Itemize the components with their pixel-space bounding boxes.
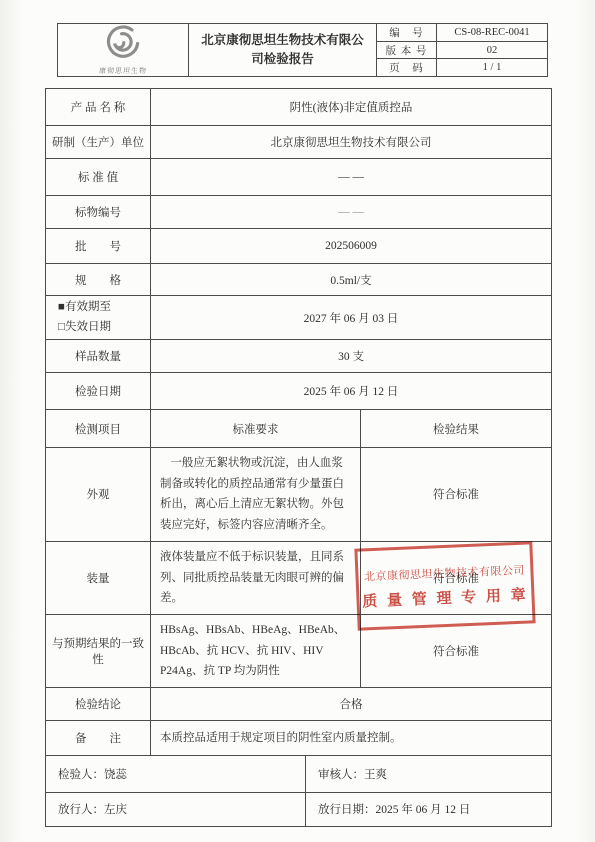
manufacturer-value: 北京康彻思坦生物技术有限公司 [151, 126, 552, 159]
expiry-date-value: 2027 年 06 月 03 日 [151, 296, 552, 340]
signature-row-2: 放行人：左庆 放行日期：2025 年 06 月 12 日 [46, 792, 552, 826]
test-item-header: 检测项目 [46, 410, 151, 448]
table-row: 标 准 值 — — [46, 159, 552, 196]
meta-label: 页 码 [377, 59, 437, 76]
meta-row-page-number: 页 码 1 / 1 [377, 59, 547, 76]
row-label: 标 准 值 [46, 159, 151, 196]
table-row: 标物编号 — — [46, 196, 552, 229]
expiry-checkbox-label: ■有效期至 [58, 301, 111, 313]
releaser-signature: 放行人：左庆 [46, 792, 306, 826]
table-row: 规 格 0.5ml/支 [46, 264, 552, 296]
table-row: 研制（生产）单位 北京康彻思坦生物技术有限公司 [46, 126, 552, 159]
meta-label: 编 号 [377, 24, 437, 41]
table-row-validity: ■有效期至 □失效日期 2027 年 06 月 03 日 [46, 296, 552, 340]
requirement-header: 标准要求 [151, 410, 361, 448]
test-item: 外观 [46, 448, 151, 542]
invalid-date-checkbox-label: □失效日期 [58, 321, 111, 333]
conclusion-value: 合格 [151, 687, 552, 720]
conclusion-label: 检验结论 [46, 687, 151, 720]
test-item: 装量 [46, 541, 151, 614]
test-result: 符合标准 [361, 541, 552, 614]
company-logo-icon [105, 24, 141, 65]
test-item: 与预期结果的一致性 [46, 614, 151, 687]
remark-row: 备 注 本质控品适用于规定项目的阴性室内质量控制。 [46, 720, 552, 755]
test-requirement: 液体装量应不低于标识装量，且同系列、同批质控品装量无肉眼可辨的偏差。 [151, 541, 361, 614]
meta-label: 版 本 号 [377, 42, 437, 59]
meta-row-version: 版 本 号 02 [377, 42, 547, 60]
table-row: 批 号 202506009 [46, 229, 552, 264]
inspection-report-page: 康彻思坦生物 北京康彻思坦生物技术有限公司检验报告 编 号 CS-08-REC-… [0, 0, 595, 842]
test-result: 符合标准 [361, 448, 552, 542]
inspection-date-value: 2025 年 06 月 12 日 [151, 373, 552, 410]
test-requirement: HBsAg、HBsAb、HBeAg、HBeAb、 HBcAb、抗 HCV、抗 H… [151, 614, 361, 687]
report-table: 产 品 名 称 阴性(液体)非定值质控品 研制（生产）单位 北京康彻思坦生物技术… [45, 88, 552, 827]
batch-number-value: 202506009 [151, 229, 552, 264]
report-header: 康彻思坦生物 北京康彻思坦生物技术有限公司检验报告 编 号 CS-08-REC-… [57, 23, 548, 77]
row-label: 样品数量 [46, 340, 151, 373]
logo-caption: 康彻思坦生物 [98, 66, 147, 76]
logo-cell: 康彻思坦生物 [58, 24, 189, 76]
inspector-signature: 检验人：饶蕊 [46, 755, 306, 792]
sample-quantity-value: 30 支 [151, 340, 552, 373]
material-number-value: — — [151, 196, 552, 229]
release-date: 放行日期：2025 年 06 月 12 日 [306, 792, 552, 826]
table-row: 产 品 名 称 阴性(液体)非定值质控品 [46, 89, 552, 126]
row-label: 产 品 名 称 [46, 89, 151, 126]
row-label: 批 号 [46, 229, 151, 264]
test-requirement: 一般应无絮状物或沉淀，由人血浆制备或转化的质控品通常有少量蛋白析出，离心后上清应… [151, 448, 361, 542]
conclusion-row: 检验结论 合格 [46, 687, 552, 720]
report-body: 产 品 名 称 阴性(液体)非定值质控品 研制（生产）单位 北京康彻思坦生物技术… [45, 88, 552, 827]
validity-label: ■有效期至 □失效日期 [46, 296, 151, 340]
page-number-value: 1 / 1 [437, 59, 547, 76]
version-value: 02 [437, 42, 547, 59]
table-row: 检验日期 2025 年 06 月 12 日 [46, 373, 552, 410]
doc-number-value: CS-08-REC-0041 [437, 24, 547, 41]
row-label: 规 格 [46, 264, 151, 296]
test-row-fill-volume: 装量 液体装量应不低于标识装量，且同系列、同批质控品装量无肉眼可辨的偏差。 符合… [46, 541, 552, 614]
remark-value: 本质控品适用于规定项目的阴性室内质量控制。 [151, 720, 552, 755]
test-section-header-row: 检测项目 标准要求 检验结果 [46, 410, 552, 448]
report-title: 北京康彻思坦生物技术有限公司检验报告 [189, 24, 377, 76]
meta-row-doc-number: 编 号 CS-08-REC-0041 [377, 24, 547, 42]
result-header: 检验结果 [361, 410, 552, 448]
doc-meta-table: 编 号 CS-08-REC-0041 版 本 号 02 页 码 1 / 1 [377, 24, 547, 76]
table-row: 样品数量 30 支 [46, 340, 552, 373]
product-name-value: 阴性(液体)非定值质控品 [151, 89, 552, 126]
standard-value: — — [151, 159, 552, 196]
remark-label: 备 注 [46, 720, 151, 755]
reviewer-signature: 审核人：王爽 [306, 755, 552, 792]
signature-row-1: 检验人：饶蕊 审核人：王爽 [46, 755, 552, 792]
test-result: 符合标准 [361, 614, 552, 687]
row-label: 检验日期 [46, 373, 151, 410]
specification-value: 0.5ml/支 [151, 264, 552, 296]
row-label: 标物编号 [46, 196, 151, 229]
test-row-appearance: 外观 一般应无絮状物或沉淀，由人血浆制备或转化的质控品通常有少量蛋白析出，离心后… [46, 448, 552, 542]
row-label: 研制（生产）单位 [46, 126, 151, 159]
test-row-consistency: 与预期结果的一致性 HBsAg、HBsAb、HBeAg、HBeAb、 HBcAb… [46, 614, 552, 687]
